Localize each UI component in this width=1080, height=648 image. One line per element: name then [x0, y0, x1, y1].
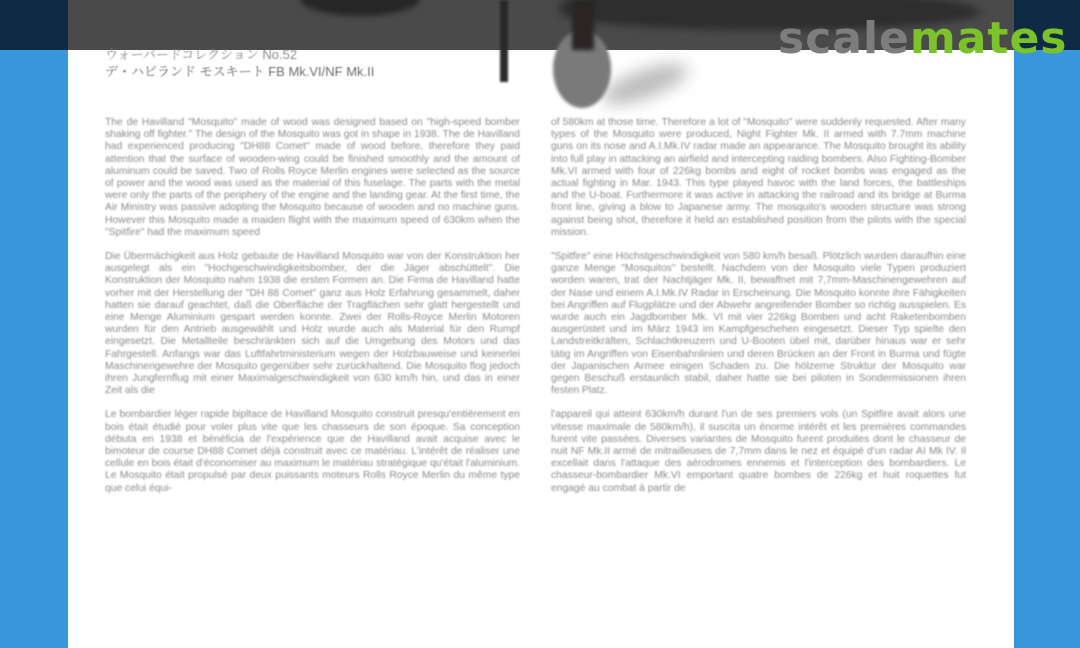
right-margin: [1014, 0, 1080, 648]
paragraph-german-cont: "Spitfire" eine Höchstgeschwindigkeit vo…: [551, 251, 966, 397]
paragraph-french: Le bombardier léger rapide bipltace de H…: [105, 409, 520, 494]
paragraph-french-cont: l'appareil qui atteint 630km/h durant l'…: [551, 409, 966, 494]
scalemates-watermark: scalemates: [778, 14, 1068, 64]
paragraph-english-cont: of 580km at those time. Therefore a lot …: [551, 117, 966, 239]
kit-name-title: デ・ハビランド モスキート FB Mk.VI/NF Mk.II: [105, 63, 374, 80]
header-corner-left: [0, 0, 68, 50]
text-column-left: The de Havilland "Mosquito" made of wood…: [105, 117, 520, 507]
landing-gear-strut-image: [500, 0, 508, 82]
paragraph-english: The de Havilland "Mosquito" made of wood…: [105, 117, 520, 239]
paragraph-german: Die Übermächigkeit aus Holz gebaute de H…: [105, 251, 520, 397]
wheel-strut-image: [572, 0, 594, 50]
kit-series-title: ウォーバードコレクション No.52: [105, 46, 374, 63]
watermark-scale: scale: [778, 13, 910, 64]
text-column-right: of 580km at those time. Therefore a lot …: [551, 117, 966, 507]
kit-title: ウォーバードコレクション No.52 デ・ハビランド モスキート FB Mk.V…: [105, 46, 374, 80]
left-margin: [0, 0, 68, 648]
aircraft-part-image: [300, 0, 420, 16]
watermark-mates: mates: [910, 13, 1068, 64]
